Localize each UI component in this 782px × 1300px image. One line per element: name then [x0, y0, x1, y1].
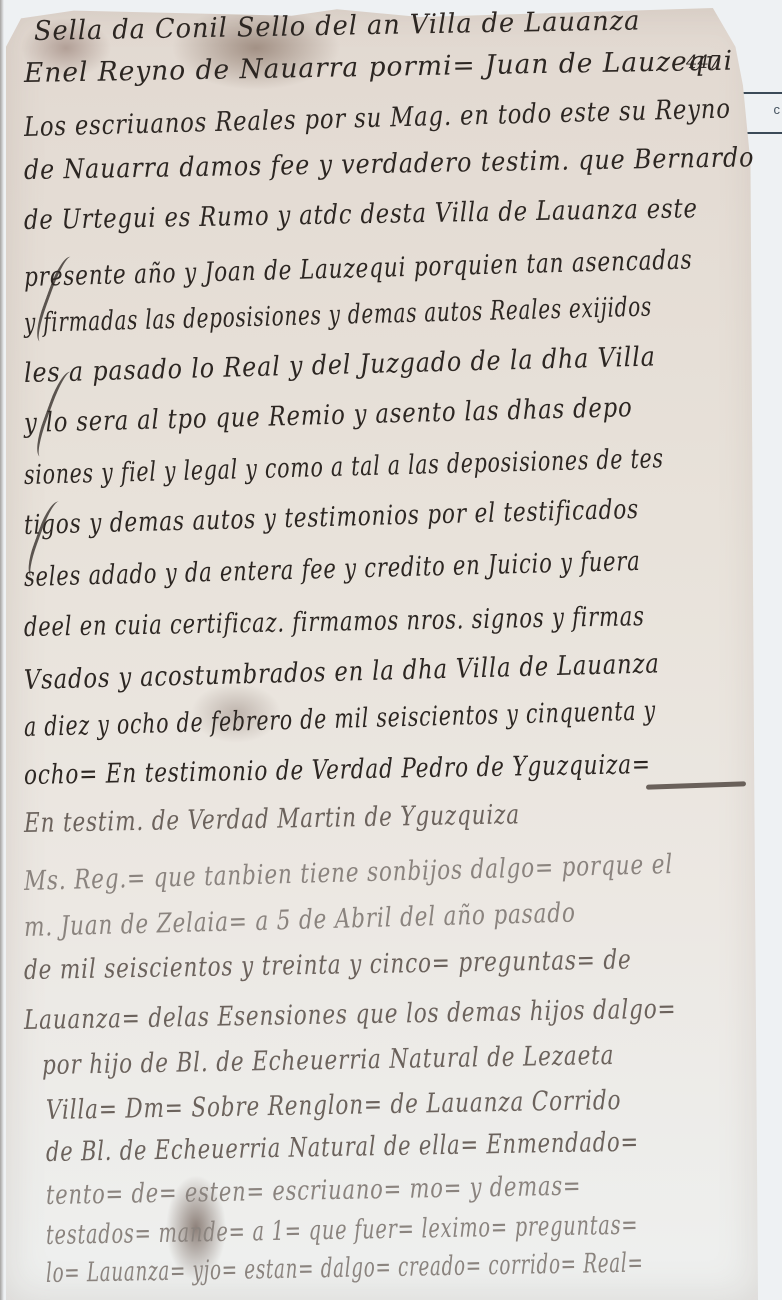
- manuscript-line: a diez y ocho de febrero de mil seiscien…: [24, 695, 657, 743]
- manuscript-line: m. Juan de Zelaia= a 5 de Abril del año …: [24, 898, 576, 943]
- manuscript-line: lo= Lauanza= yjo= estan= dalgo= creado= …: [46, 1248, 644, 1289]
- manuscript-line: de Bl. de Echeuerria Natural de ella= En…: [46, 1127, 639, 1168]
- manuscript-line: y lo sera al tpo que Remio y asento las …: [24, 392, 633, 439]
- manuscript-line: Los escriuanos Reales por su Mag. en tod…: [24, 93, 732, 142]
- manuscript-line: y firmadas las deposisiones y demas auto…: [24, 292, 653, 339]
- manuscript-line: Lauanza= delas Esensiones que los demas …: [24, 994, 677, 1036]
- manuscript-line: En testim. de Verdad Martin de Yguzquiza: [24, 799, 520, 839]
- manuscript-line: Sella da Conil Sello del an Villa de Lau…: [34, 5, 641, 47]
- manuscript-line: por hijo de Bl. de Echeuerria Natural de…: [42, 1040, 615, 1081]
- manuscript-line: de Urtegui es Rumo y atdc desta Villa de…: [24, 193, 698, 236]
- manuscript-text: 447 Sella da Conil Sello del an Villa de…: [6, 0, 758, 1300]
- manuscript-line: de Nauarra damos fee y verdadero testim.…: [24, 142, 755, 186]
- manuscript-line: Enel Reyno de Nauarra pormi= Juan de Lau…: [24, 46, 734, 89]
- manuscript-line: testados= mande= a 1= que fuer= leximo= …: [46, 1210, 639, 1251]
- manuscript-line: ocho= En testimonio de Verdad Pedro de Y…: [24, 749, 651, 791]
- binding-edge: [0, 0, 4, 1300]
- manuscript-line: siones y fiel y legal y como a tal a las…: [24, 443, 665, 491]
- manuscript-line: deel en cuia certificaz. firmamos nros. …: [24, 601, 645, 643]
- manuscript-line: presente año y Joan de Lauzequi porquien…: [24, 245, 693, 293]
- manuscript-line: tigos y demas autos y testimonios por el…: [24, 494, 640, 541]
- manuscript-line: seles adado y da entera fee y credito en…: [24, 546, 641, 593]
- flourish-stroke: [646, 781, 746, 789]
- manuscript-line: de mil seiscientos y treinta y cinco= pr…: [24, 944, 632, 986]
- manuscript-line: Villa= Dm= Sobre Renglon= de Lauanza Cor…: [46, 1085, 622, 1126]
- manuscript-line: tento= de= esten= escriuano= mo= y demas…: [46, 1171, 582, 1211]
- manuscript-line: Vsados y acostumbrados en la dha Villa d…: [24, 648, 660, 696]
- manuscript-line: Ms. Reg.= que tanbien tiene sonbijos dal…: [24, 849, 674, 897]
- manuscript-line: les a pasado lo Real y del Juzgado de la…: [24, 341, 657, 389]
- backdrop-glyph: c: [774, 102, 781, 117]
